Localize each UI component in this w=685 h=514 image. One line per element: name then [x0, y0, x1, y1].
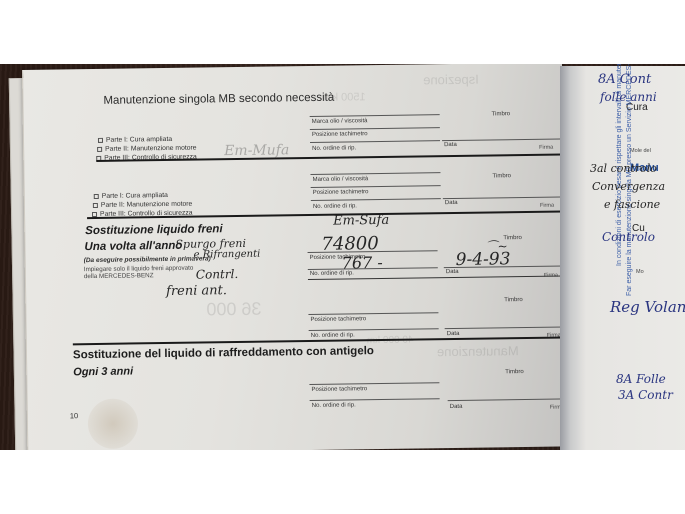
- field-label-order: No. ordine di rip.: [312, 145, 356, 152]
- checkbox-icon[interactable]: [97, 147, 102, 152]
- checkbox-icon[interactable]: [98, 138, 103, 143]
- section-title-brake-fluid: Sostituzione liquido freni: [85, 223, 223, 237]
- section-title-maintenance: Manutenzione singola MB secondo necessit…: [103, 92, 334, 107]
- handwriting-blue: 8A Cont: [598, 72, 651, 87]
- field-label-odometer: Posizione tachimetro: [310, 316, 366, 323]
- checkbox-part-2[interactable]: Parte II: Manutenzione motore: [97, 145, 197, 153]
- date-label: Data: [445, 200, 458, 206]
- handwriting-blue: 3A Contr: [618, 388, 673, 402]
- bleed-through-text: Manutenzione: [437, 343, 519, 359]
- field-line: [310, 172, 440, 175]
- field-line: [311, 185, 441, 188]
- handwriting-blue: Controlo: [602, 230, 655, 244]
- field-label-odometer: Posizione tachimetro: [312, 131, 368, 138]
- handwriting-note: freni ant.: [166, 283, 227, 299]
- printed-fragment: Mo: [636, 269, 644, 275]
- field-label-odometer: Posizione tachimetro: [311, 386, 367, 393]
- bleed-through-text: Ispezione: [423, 72, 479, 88]
- right-page: Cura Mole del Manu Cu Mo In condizioni d…: [560, 66, 685, 450]
- printed-fragment: Mole del: [630, 148, 651, 154]
- field-label-oil: Marca olio / viscosità: [313, 176, 369, 183]
- handwriting-blue: folle anni: [600, 90, 657, 104]
- field-line: [308, 312, 438, 315]
- instruction-line-2: della MERCEDES-BENZ: [84, 272, 154, 280]
- field-line: [311, 198, 441, 201]
- checkbox-icon[interactable]: [94, 194, 99, 199]
- date-label: Data: [444, 142, 457, 148]
- field-label-order: No. ordine di rip.: [311, 332, 355, 339]
- field-label-order: No. ordine di rip.: [313, 203, 357, 210]
- handwriting-note: Contrl.: [196, 267, 239, 282]
- field-line: [310, 398, 440, 401]
- stamp-label: Timbro: [505, 369, 524, 375]
- handwriting-black: e fascione: [604, 198, 660, 211]
- field-label-oil: Marca olio / viscosità: [312, 118, 368, 125]
- field-line: [445, 326, 565, 329]
- section-title-coolant: Sostituzione del liquido di raffreddamen…: [73, 345, 374, 361]
- handwriting-faint: Em-Mufa: [224, 142, 289, 159]
- field-line: [309, 382, 439, 385]
- date-label: Data: [447, 331, 460, 337]
- handwriting-black: 3al controlo: [590, 162, 657, 175]
- paper-stain: [88, 398, 139, 449]
- handwriting-black: Convergenza: [592, 180, 665, 193]
- field-line: [310, 127, 440, 130]
- stamp-label: Timbro: [504, 297, 523, 303]
- stamp-label: Timbro: [492, 173, 511, 179]
- section-subtitle: Ogni 3 anni: [73, 365, 133, 378]
- section-subtitle: Una volta all'anno: [84, 240, 182, 253]
- checkbox-part-2[interactable]: Parte II: Manutenzione motore: [93, 201, 193, 209]
- signature-label: Firma: [540, 203, 554, 209]
- date-label: Data: [450, 404, 463, 410]
- field-label-order: No. ordine di rip.: [312, 402, 356, 409]
- field-line: [309, 328, 439, 331]
- handwriting-blue: 8A Folle: [616, 372, 666, 386]
- handwriting-workshop: Em-Sufa: [333, 213, 389, 229]
- signature-label: Firma: [539, 145, 553, 151]
- field-line: [443, 196, 561, 199]
- checkbox-part-1[interactable]: Parte I: Cura ampliata: [98, 136, 172, 144]
- field-line: [442, 138, 560, 141]
- left-page: Ispezione 1500 km Manutenzione 36 000 40…: [22, 64, 567, 450]
- field-line: [310, 114, 440, 117]
- checkbox-part-1[interactable]: Parte I: Cura ampliata: [94, 192, 168, 200]
- date-label: Data: [446, 269, 459, 275]
- field-label-order: No. ordine di rip.: [310, 270, 354, 277]
- document-photo: Ispezione 1500 km Manutenzione 36 000 40…: [0, 64, 685, 450]
- handwriting-note: e Rifrangenti: [194, 249, 261, 261]
- field-line: [448, 398, 568, 401]
- section-note: (Da eseguire possibilmente in primavera): [84, 255, 211, 264]
- bleed-through-text: 36 000: [206, 299, 261, 321]
- stamp-label: Timbro: [492, 111, 511, 117]
- handwriting-blue: Reg Volante: [610, 298, 685, 316]
- field-label-odometer: Posizione tachimetro: [313, 189, 369, 196]
- checkbox-icon[interactable]: [93, 203, 98, 208]
- page-number: 10: [70, 411, 78, 420]
- field-line: [310, 140, 440, 143]
